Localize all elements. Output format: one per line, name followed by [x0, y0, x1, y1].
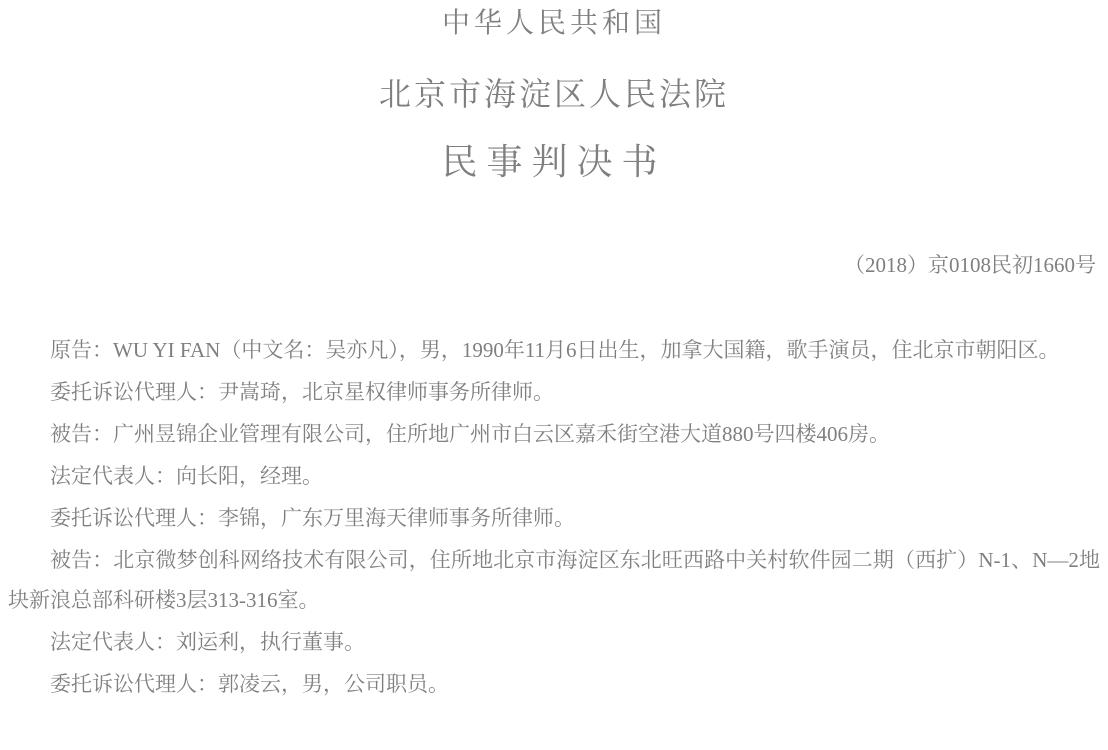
country-title: 中华人民共和国 [8, 6, 1100, 42]
defendant1-legal-representative: 法定代表人：向长阳，经理。 [8, 456, 1100, 496]
judgment-document: 中华人民共和国 北京市海淀区人民法院 民事判决书 （2018）京0108民初16… [0, 0, 1108, 750]
defendant2-agent: 委托诉讼代理人：郭凌云，男，公司职员。 [8, 664, 1100, 704]
document-type-title: 民事判决书 [8, 140, 1100, 184]
plaintiff-agent: 委托诉讼代理人：尹嵩琦，北京星权律师事务所律师。 [8, 372, 1100, 412]
defendant1-info: 被告：广州昱锦企业管理有限公司，住所地广州市白云区嘉禾街空港大道880号四楼40… [8, 414, 1100, 454]
party-information-section: 原告：WU YI FAN（中文名：吴亦凡），男，1990年11月6日出生，加拿大… [8, 330, 1100, 704]
defendant2-info: 被告：北京微梦创科网络技术有限公司，住所地北京市海淀区东北旺西路中关村软件园二期… [8, 540, 1100, 620]
case-number: （2018）京0108民初1660号 [8, 250, 1100, 280]
defendant2-legal-representative: 法定代表人：刘运利，执行董事。 [8, 622, 1100, 662]
court-title: 北京市海淀区人民法院 [8, 74, 1100, 114]
defendant1-agent: 委托诉讼代理人：李锦，广东万里海天律师事务所律师。 [8, 498, 1100, 538]
plaintiff-info: 原告：WU YI FAN（中文名：吴亦凡），男，1990年11月6日出生，加拿大… [8, 330, 1100, 370]
